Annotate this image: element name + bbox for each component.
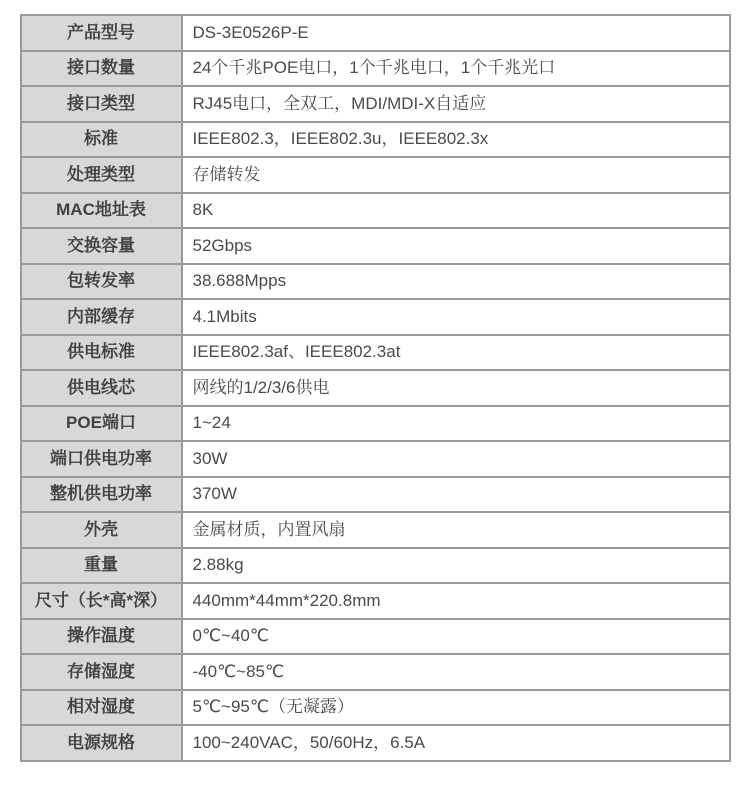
table-row: 存储湿度 -40℃~85℃ bbox=[21, 654, 730, 690]
spec-label: 外壳 bbox=[21, 512, 182, 548]
spec-label: 供电线芯 bbox=[21, 370, 182, 406]
spec-label: 供电标准 bbox=[21, 335, 182, 371]
table-row: 整机供电功率 370W bbox=[21, 477, 730, 513]
table-row: 电源规格 100~240VAC，50/60Hz，6.5A bbox=[21, 725, 730, 761]
spec-value: 30W bbox=[182, 441, 730, 477]
table-row: 交换容量 52Gbps bbox=[21, 228, 730, 264]
table-row: 尺寸（长*高*深） 440mm*44mm*220.8mm bbox=[21, 583, 730, 619]
spec-label: 产品型号 bbox=[21, 15, 182, 51]
table-row: MAC地址表 8K bbox=[21, 193, 730, 229]
spec-label: 标准 bbox=[21, 122, 182, 158]
spec-label: 整机供电功率 bbox=[21, 477, 182, 513]
spec-value: 存储转发 bbox=[182, 157, 730, 193]
spec-value: 5℃~95℃（无凝露） bbox=[182, 690, 730, 726]
spec-value: IEEE802.3，IEEE802.3u，IEEE802.3x bbox=[182, 122, 730, 158]
spec-value: 38.688Mpps bbox=[182, 264, 730, 300]
table-row: 端口供电功率 30W bbox=[21, 441, 730, 477]
spec-value: 100~240VAC，50/60Hz，6.5A bbox=[182, 725, 730, 761]
spec-label: 处理类型 bbox=[21, 157, 182, 193]
spec-label: POE端口 bbox=[21, 406, 182, 442]
spec-label: 重量 bbox=[21, 548, 182, 584]
spec-label: 操作温度 bbox=[21, 619, 182, 655]
spec-value: 4.1Mbits bbox=[182, 299, 730, 335]
spec-value: IEEE802.3af、IEEE802.3at bbox=[182, 335, 730, 371]
spec-value: 金属材质，内置风扇 bbox=[182, 512, 730, 548]
spec-label: 内部缓存 bbox=[21, 299, 182, 335]
spec-value: DS-3E0526P-E bbox=[182, 15, 730, 51]
spec-label: 接口数量 bbox=[21, 51, 182, 87]
spec-value: 网线的1/2/3/6供电 bbox=[182, 370, 730, 406]
spec-label: 交换容量 bbox=[21, 228, 182, 264]
spec-label: MAC地址表 bbox=[21, 193, 182, 229]
table-row: POE端口 1~24 bbox=[21, 406, 730, 442]
spec-label: 相对湿度 bbox=[21, 690, 182, 726]
spec-sheet: 产品型号 DS-3E0526P-E 接口数量 24个千兆POE电口，1个千兆电口… bbox=[0, 0, 750, 762]
table-row: 重量 2.88kg bbox=[21, 548, 730, 584]
spec-value: 1~24 bbox=[182, 406, 730, 442]
table-row: 外壳 金属材质，内置风扇 bbox=[21, 512, 730, 548]
spec-label: 尺寸（长*高*深） bbox=[21, 583, 182, 619]
spec-label: 端口供电功率 bbox=[21, 441, 182, 477]
spec-value: 440mm*44mm*220.8mm bbox=[182, 583, 730, 619]
table-row: 接口类型 RJ45电口，全双工，MDI/MDI-X自适应 bbox=[21, 86, 730, 122]
table-row: 供电线芯 网线的1/2/3/6供电 bbox=[21, 370, 730, 406]
spec-value: 8K bbox=[182, 193, 730, 229]
spec-value: -40℃~85℃ bbox=[182, 654, 730, 690]
table-row: 供电标准 IEEE802.3af、IEEE802.3at bbox=[21, 335, 730, 371]
spec-value: 24个千兆POE电口，1个千兆电口，1个千兆光口 bbox=[182, 51, 730, 87]
table-row: 标准 IEEE802.3，IEEE802.3u，IEEE802.3x bbox=[21, 122, 730, 158]
table-row: 处理类型 存储转发 bbox=[21, 157, 730, 193]
spec-value: 52Gbps bbox=[182, 228, 730, 264]
spec-table-body: 产品型号 DS-3E0526P-E 接口数量 24个千兆POE电口，1个千兆电口… bbox=[21, 15, 730, 761]
spec-label: 存储湿度 bbox=[21, 654, 182, 690]
spec-label: 接口类型 bbox=[21, 86, 182, 122]
spec-value: RJ45电口，全双工，MDI/MDI-X自适应 bbox=[182, 86, 730, 122]
spec-value: 2.88kg bbox=[182, 548, 730, 584]
spec-table: 产品型号 DS-3E0526P-E 接口数量 24个千兆POE电口，1个千兆电口… bbox=[20, 14, 731, 762]
spec-label: 包转发率 bbox=[21, 264, 182, 300]
table-row: 产品型号 DS-3E0526P-E bbox=[21, 15, 730, 51]
spec-value: 0℃~40℃ bbox=[182, 619, 730, 655]
table-row: 操作温度 0℃~40℃ bbox=[21, 619, 730, 655]
table-row: 相对湿度 5℃~95℃（无凝露） bbox=[21, 690, 730, 726]
spec-value: 370W bbox=[182, 477, 730, 513]
table-row: 内部缓存 4.1Mbits bbox=[21, 299, 730, 335]
spec-label: 电源规格 bbox=[21, 725, 182, 761]
table-row: 接口数量 24个千兆POE电口，1个千兆电口，1个千兆光口 bbox=[21, 51, 730, 87]
table-row: 包转发率 38.688Mpps bbox=[21, 264, 730, 300]
